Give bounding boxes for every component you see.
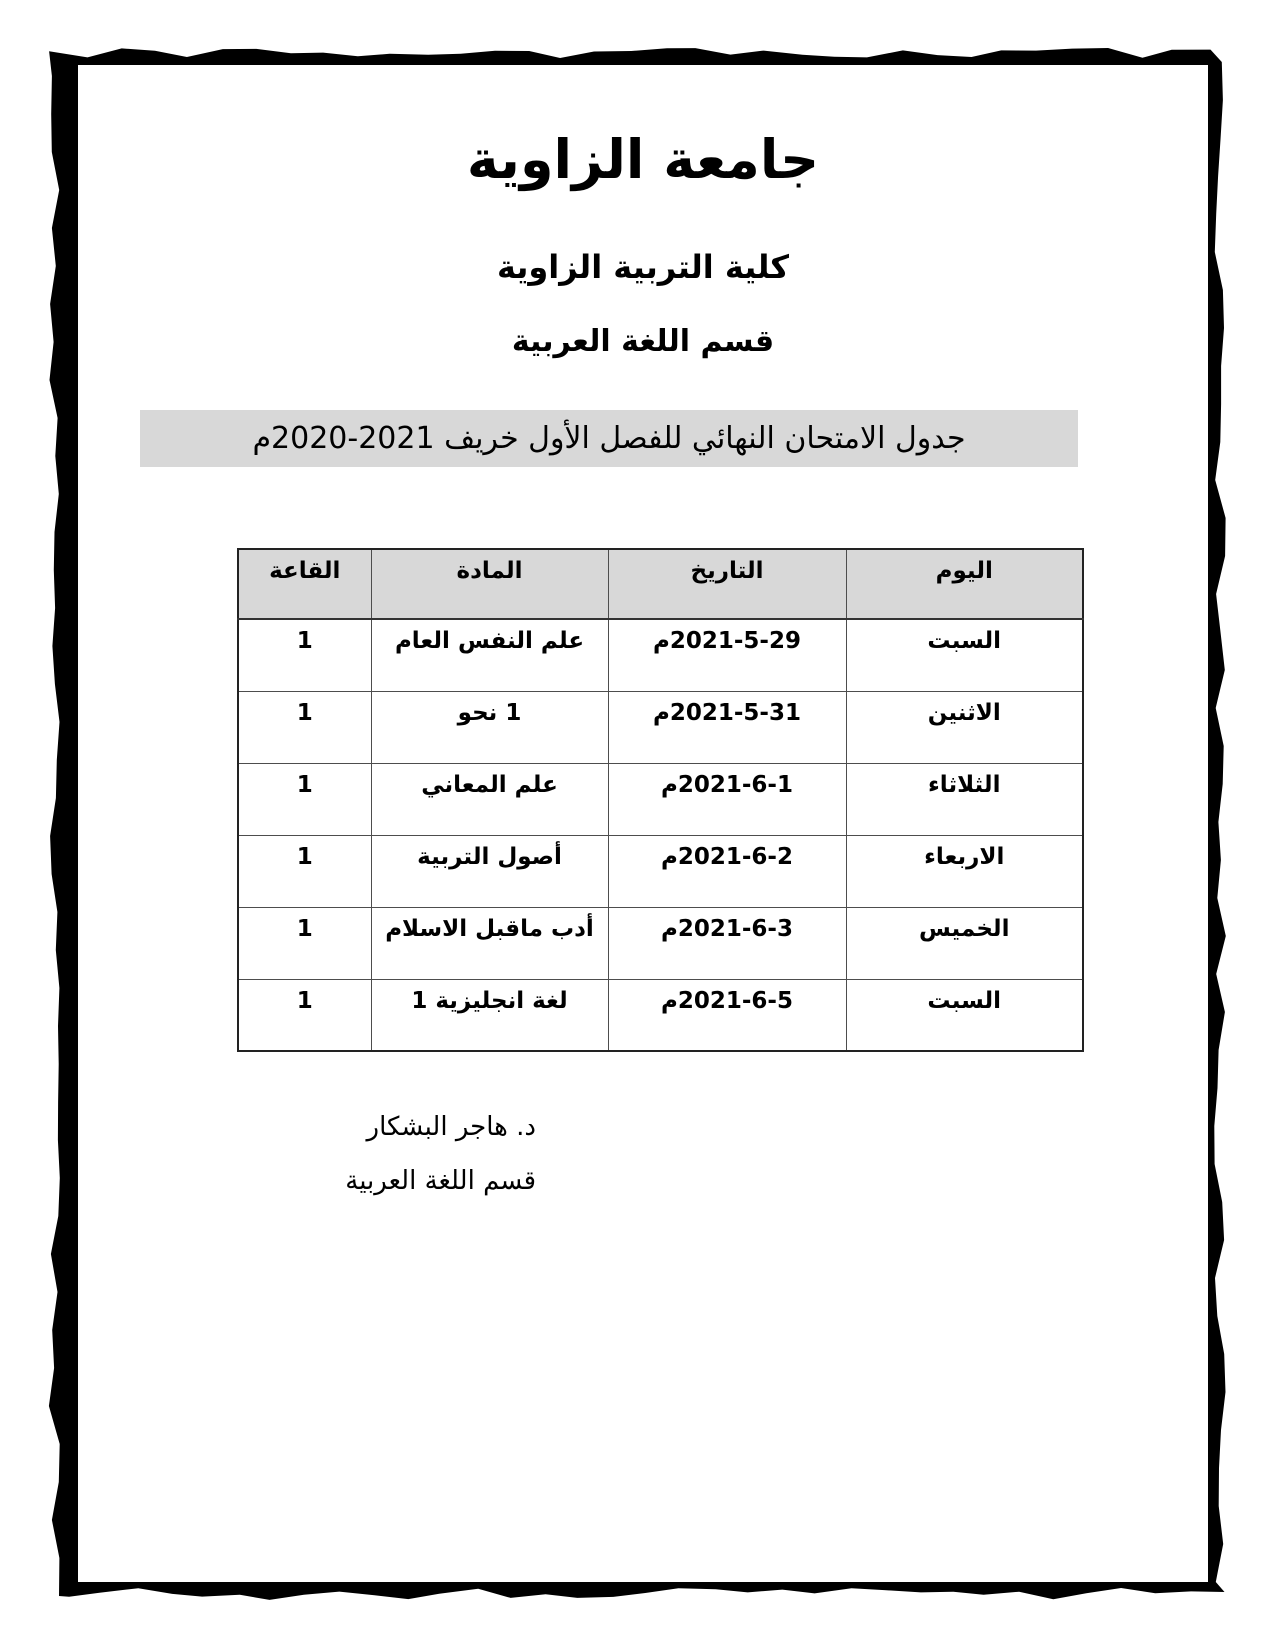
cell-date: 2021-6-2م <box>608 835 846 907</box>
column-header-day: اليوم <box>846 549 1083 619</box>
cell-room: 1 <box>238 691 371 763</box>
table-row: الثلاثاء 2021-6-1م علم المعاني 1 <box>238 763 1083 835</box>
signature-department: قسم اللغة العربية <box>300 1166 536 1196</box>
table-header-row: اليوم التاريخ المادة القاعة <box>238 549 1083 619</box>
table-row: الاربعاء 2021-6-2م أصول التربية 1 <box>238 835 1083 907</box>
cell-subject: أدب ماقبل الاسلام <box>371 907 608 979</box>
cell-room: 1 <box>238 619 371 691</box>
column-header-date: التاريخ <box>608 549 846 619</box>
college-subtitle: كلية التربية الزاوية <box>78 248 1208 286</box>
column-header-subject: المادة <box>371 549 608 619</box>
cell-subject: علم المعاني <box>371 763 608 835</box>
signature-name: د. هاجر البشكار <box>300 1112 536 1142</box>
table-row: السبت 2021-5-29م علم النفس العام 1 <box>238 619 1083 691</box>
cell-subject: لغة انجليزية 1 <box>371 979 608 1051</box>
cell-date: 2021-6-1م <box>608 763 846 835</box>
signature-block: د. هاجر البشكار قسم اللغة العربية <box>300 1112 536 1220</box>
cell-date: 2021-6-3م <box>608 907 846 979</box>
cell-day: الاثنين <box>846 691 1083 763</box>
document-page: { "header": { "university": "جامعة الزاو… <box>0 0 1275 1650</box>
department-subtitle: قسم اللغة العربية <box>78 324 1208 359</box>
cell-day: الخميس <box>846 907 1083 979</box>
cell-day: السبت <box>846 619 1083 691</box>
table-row: السبت 2021-6-5م لغة انجليزية 1 1 <box>238 979 1083 1051</box>
exam-schedule-banner: جدول الامتحان النهائي للفصل الأول خريف 2… <box>140 410 1078 467</box>
cell-day: الثلاثاء <box>846 763 1083 835</box>
cell-date: 2021-5-29م <box>608 619 846 691</box>
cell-room: 1 <box>238 907 371 979</box>
cell-subject: 1 نحو <box>371 691 608 763</box>
cell-subject: أصول التربية <box>371 835 608 907</box>
cell-date: 2021-6-5م <box>608 979 846 1051</box>
cell-room: 1 <box>238 835 371 907</box>
table-row: الخميس 2021-6-3م أدب ماقبل الاسلام 1 <box>238 907 1083 979</box>
column-header-room: القاعة <box>238 549 371 619</box>
university-title: جامعة الزاوية <box>78 128 1208 191</box>
table-row: الاثنين 2021-5-31م 1 نحو 1 <box>238 691 1083 763</box>
cell-room: 1 <box>238 763 371 835</box>
cell-subject: علم النفس العام <box>371 619 608 691</box>
cell-day: السبت <box>846 979 1083 1051</box>
cell-day: الاربعاء <box>846 835 1083 907</box>
cell-date: 2021-5-31م <box>608 691 846 763</box>
cell-room: 1 <box>238 979 371 1051</box>
exam-schedule-table: اليوم التاريخ المادة القاعة السبت 2021-5… <box>237 548 1084 1052</box>
